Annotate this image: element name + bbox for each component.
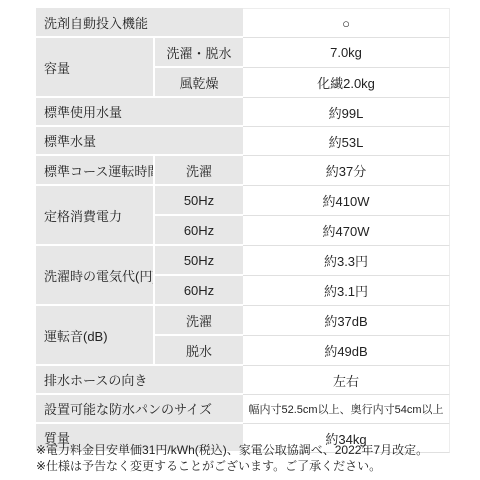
- spec-label: 洗濯時の電気代(円)※: [36, 246, 153, 306]
- spec-sub-label: 風乾燥: [153, 68, 243, 98]
- spec-label: 排水ホースの向き: [36, 366, 243, 395]
- spec-sub-label: 60Hz: [153, 276, 243, 306]
- spec-label: 標準コース運転時間: [36, 156, 153, 186]
- table-row: 運転音(dB) 洗濯 約37dB: [36, 306, 450, 336]
- table-row: 設置可能な防水パンのサイズ 幅内寸52.5cm以上、奥行内寸54cm以上: [36, 395, 450, 424]
- table-row: 洗剤自動投入機能 ○: [36, 8, 450, 38]
- spec-sub-label: 50Hz: [153, 186, 243, 216]
- spec-label: 洗剤自動投入機能: [36, 8, 243, 38]
- spec-value: ○: [243, 8, 450, 38]
- spec-value: 約3.1円: [243, 276, 450, 306]
- spec-value: 7.0kg: [243, 38, 450, 68]
- spec-value: 約49dB: [243, 336, 450, 366]
- spec-value: 約37分: [243, 156, 450, 186]
- footnotes: ※電力料金目安単価31円/kWh(税込)、家電公取協調べ、2022年7月改定。 …: [36, 442, 428, 474]
- spec-table: 洗剤自動投入機能 ○ 容量 洗濯・脱水 7.0kg 風乾燥 化繊2.0kg 標準…: [36, 8, 450, 453]
- spec-value: 幅内寸52.5cm以上、奥行内寸54cm以上: [243, 395, 450, 424]
- spec-value: 約470W: [243, 216, 450, 246]
- spec-value: 約53L: [243, 127, 450, 156]
- table-row: 標準使用水量 約99L: [36, 98, 450, 127]
- spec-value: 約37dB: [243, 306, 450, 336]
- footnote-line: ※仕様は予告なく変更することがございます。ご了承ください。: [36, 458, 428, 474]
- footnote-line: ※電力料金目安単価31円/kWh(税込)、家電公取協調べ、2022年7月改定。: [36, 442, 428, 458]
- table-row: 定格消費電力 50Hz 約410W: [36, 186, 450, 216]
- table-row: 標準水量 約53L: [36, 127, 450, 156]
- spec-value: 約3.3円: [243, 246, 450, 276]
- spec-sub-label: 洗濯・脱水: [153, 38, 243, 68]
- spec-value: 約410W: [243, 186, 450, 216]
- spec-label: 標準水量: [36, 127, 243, 156]
- spec-label: 設置可能な防水パンのサイズ: [36, 395, 243, 424]
- spec-value: 化繊2.0kg: [243, 68, 450, 98]
- spec-label: 標準使用水量: [36, 98, 243, 127]
- table-row: 排水ホースの向き 左右: [36, 366, 450, 395]
- table-row: 標準コース運転時間 洗濯 約37分: [36, 156, 450, 186]
- table-row: 洗濯時の電気代(円)※ 50Hz 約3.3円: [36, 246, 450, 276]
- table-row: 容量 洗濯・脱水 7.0kg: [36, 38, 450, 68]
- spec-sub-label: 脱水: [153, 336, 243, 366]
- spec-sub-label: 50Hz: [153, 246, 243, 276]
- spec-sub-label: 60Hz: [153, 216, 243, 246]
- spec-label: 運転音(dB): [36, 306, 153, 366]
- spec-label-text: 洗濯時の電気代(円): [44, 269, 153, 284]
- spec-label: 容量: [36, 38, 153, 98]
- spec-sub-label: 洗濯: [153, 156, 243, 186]
- spec-page: 洗剤自動投入機能 ○ 容量 洗濯・脱水 7.0kg 風乾燥 化繊2.0kg 標準…: [0, 0, 480, 480]
- spec-label: 定格消費電力: [36, 186, 153, 246]
- spec-value: 左右: [243, 366, 450, 395]
- spec-value: 約99L: [243, 98, 450, 127]
- spec-sub-label: 洗濯: [153, 306, 243, 336]
